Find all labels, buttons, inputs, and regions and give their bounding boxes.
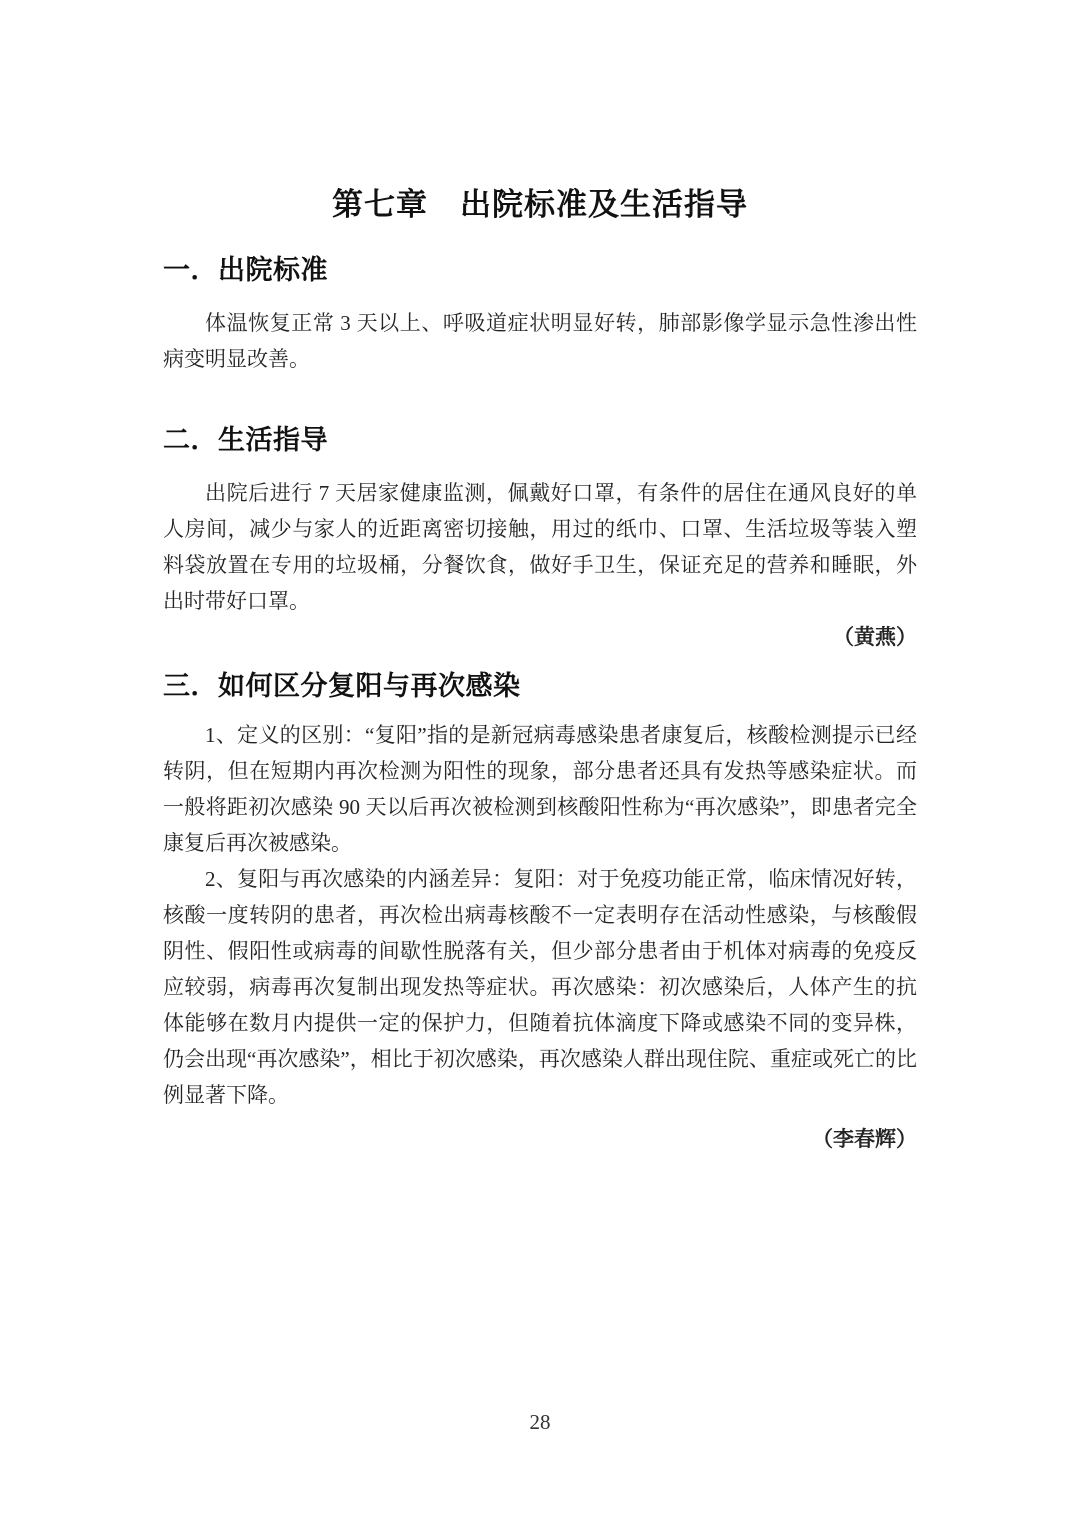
page-content: 第七章 出院标准及生活指导 一．出院标准 体温恢复正常 3 天以上、呼吸道症状明… xyxy=(0,0,1080,1157)
section-heading-life-guidance: 二．生活指导 xyxy=(163,424,917,456)
signature-li-chunhui: （李春辉） xyxy=(163,1121,917,1157)
paragraph-reinfection-difference: 2、复阳与再次感染的内涵差异：复阳：对于免疫功能正常，临床情况好转，核酸一度转阴… xyxy=(163,861,917,1113)
page-number: 28 xyxy=(0,1408,1080,1436)
paragraph-reinfection-definition: 1、定义的区别：“复阳”指的是新冠病毒感染患者康复后，核酸检测提示已经转阴，但在… xyxy=(163,717,917,861)
section-heading-reinfection: 三．如何区分复阳与再次感染 xyxy=(163,670,917,702)
paragraph-discharge-criteria: 体温恢复正常 3 天以上、呼吸道症状明显好转，肺部影像学显示急性渗出性病变明显改… xyxy=(163,305,917,377)
document-page: 第七章 出院标准及生活指导 一．出院标准 体温恢复正常 3 天以上、呼吸道症状明… xyxy=(0,0,1080,1528)
chapter-title: 第七章 出院标准及生活指导 xyxy=(163,186,917,224)
section-heading-discharge-criteria: 一．出院标准 xyxy=(163,254,917,286)
signature-huang-yan: （黄燕） xyxy=(163,619,917,655)
paragraph-life-guidance: 出院后进行 7 天居家健康监测，佩戴好口罩，有条件的居住在通风良好的单人房间，减… xyxy=(163,475,917,619)
